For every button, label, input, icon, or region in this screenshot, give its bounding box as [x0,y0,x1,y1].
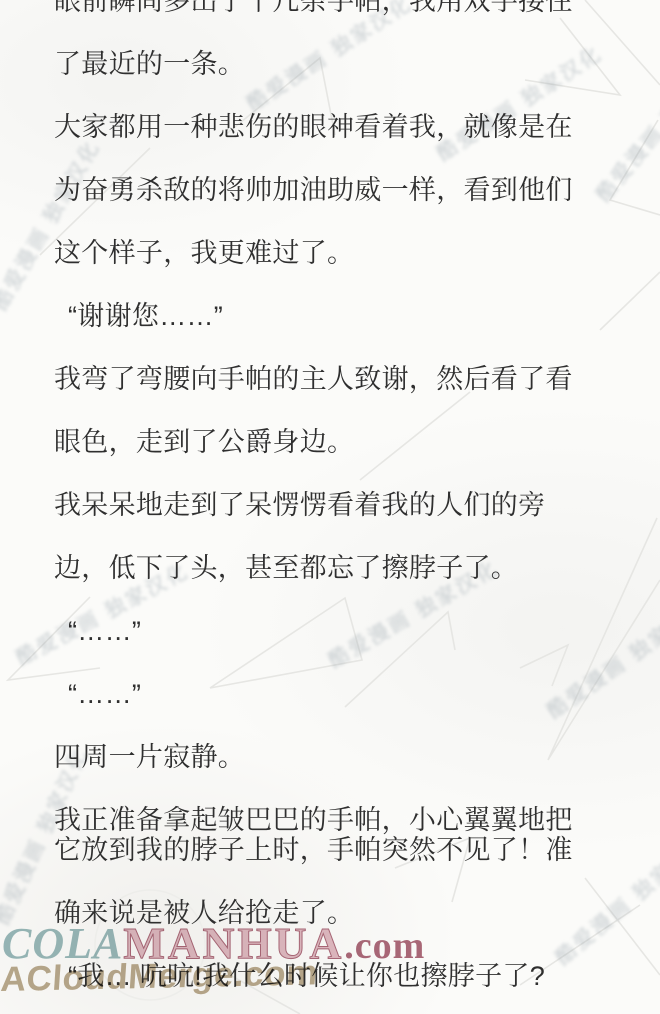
novel-line: 它放到我的脖子上时，手帕突然不见了！准 [54,819,660,882]
novel-page: 酷爱漫画 独家汉化酷爱漫画 独家汉化酷爱漫画 独家汉化酷爱漫画 独家汉化酷爱漫画… [0,0,660,1014]
novel-line: 四周一片寂静。 [54,726,660,789]
novel-line: “……” [54,663,660,726]
watermark-manhua-suffix: .com [344,925,425,967]
novel-line: 这个样子，我更难过了。 [54,222,660,285]
novel-line: 大家都用一种悲伤的眼神看着我，就像是在 [54,96,660,159]
novel-line: 眼色，走到了公爵身边。 [54,411,660,474]
novel-line: 了最近的一条。 [54,33,660,96]
novel-line: 我呆呆地走到了呆愣愣看着我的人们的旁 [54,474,660,537]
novel-line: 我弯了弯腰向手帕的主人致谢，然后看了看 [54,348,660,411]
watermark-acloudmerge: ACloudMerge.com [0,953,319,1000]
novel-line: “谢谢您……” [54,285,660,348]
novel-line: “……” [54,600,660,663]
novel-line: 边，低下了头，甚至都忘了擦脖子了。 [54,537,660,600]
novel-text: 眼前瞬间多出了十几条手帕，我用双手接住了最近的一条。大家都用一种悲伤的眼神看着我… [54,0,660,1008]
novel-line: 为奋勇杀敌的将帅加油助威一样，看到他们 [54,159,660,222]
novel-line: 眼前瞬间多出了十几条手帕，我用双手接住 [54,0,660,33]
